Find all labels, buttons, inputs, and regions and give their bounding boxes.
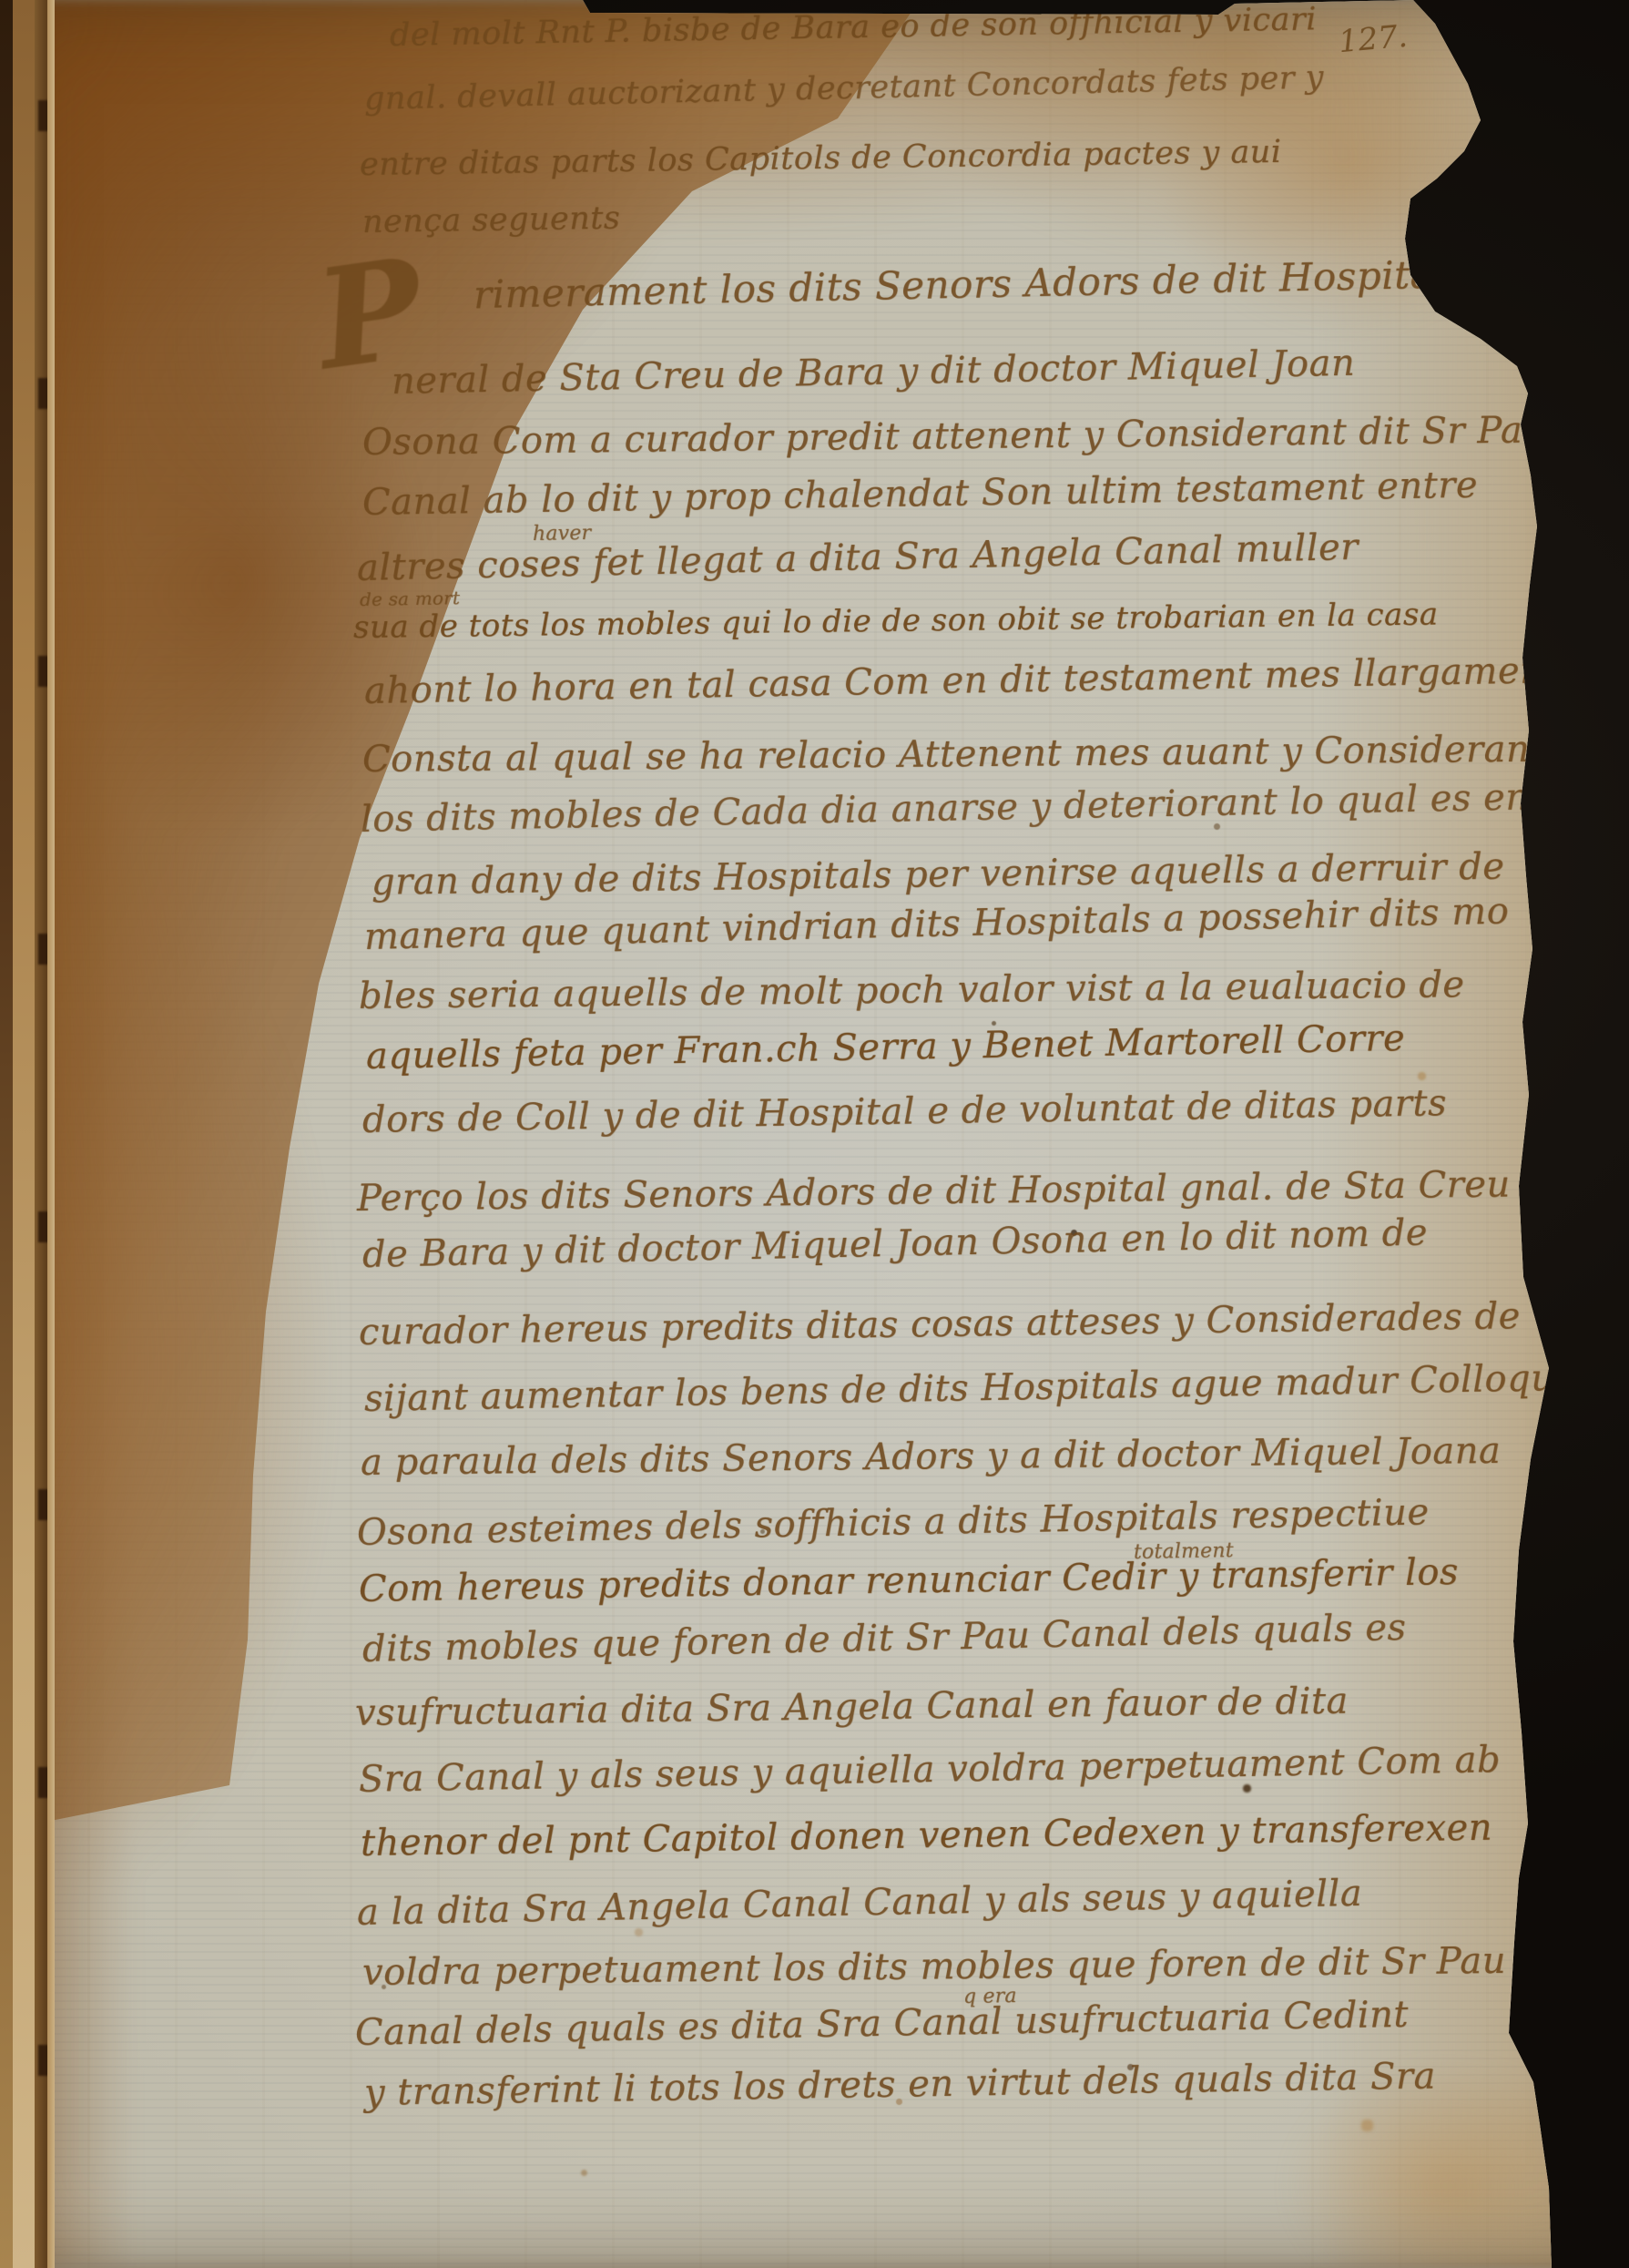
text-line: dors de Coll y de dit Hospital e de volu… <box>362 1085 1448 1139</box>
text-line: altres coses fet llegat a dita Sra Angel… <box>357 529 1359 587</box>
text-line: Osona esteimes dels soffhicis a dits Hos… <box>357 1494 1430 1551</box>
text-line: bles seria aquells de molt poch valor vi… <box>359 966 1465 1015</box>
text-line: Canal dels quals es dita Sra Canal usufr… <box>355 1997 1410 2051</box>
text-line: voldra perpetuament los dits mobles que … <box>362 1943 1506 1991</box>
text-line: gnal. devall auctorizant y decretant Con… <box>364 62 1325 116</box>
text-line: sua de tots los mobles qui lo die de son… <box>353 598 1439 643</box>
text-line: Canal ab lo dit y prop chalendat Son ult… <box>362 467 1479 521</box>
text-line: manera que quant vindrian dits Hospitals… <box>364 893 1510 955</box>
text-line: entre ditas parts los Capitols de Concor… <box>360 137 1282 181</box>
text-line: Osona Com a curador predit attenent y Co… <box>362 412 1547 461</box>
manuscript-photo: 127. del molt Rnt P. bisbe de Bara eo de… <box>0 0 1629 2268</box>
text-line: del molt Rnt P. bisbe de Bara eo de son … <box>390 4 1318 52</box>
manuscript-page: 127. del molt Rnt P. bisbe de Bara eo de… <box>0 0 1629 2268</box>
text-line: gran dany de dits Hospitals per venirse … <box>372 849 1505 901</box>
text-line: rimerament los dits Senors Adors de dit … <box>473 254 1513 314</box>
text-line: curador hereus predits ditas cosas attes… <box>359 1298 1521 1351</box>
text-line: Com hereus predits donar renunciar Cedir… <box>359 1554 1460 1608</box>
text-line: aquells feta per Fran.ch Serra y Benet M… <box>366 1020 1406 1075</box>
text-line: dits mobles que foren de dit Sr Pau Cana… <box>362 1609 1407 1668</box>
text-line: Perço los dits Senors Adors de dit Hospi… <box>357 1167 1511 1217</box>
text-line: sijant aumentar los bens de dits Hospita… <box>364 1360 1567 1417</box>
text-layer: del molt Rnt P. bisbe de Bara eo de son … <box>0 0 1629 2268</box>
text-line: Sra Canal y als seus y aquiella voldra p… <box>359 1742 1502 1798</box>
text-line: vsufructuaria dita Sra Angela Canal en f… <box>355 1683 1349 1732</box>
text-line: ahont lo hora en tal casa Com en dit tes… <box>364 652 1560 710</box>
text-line: thenor del pnt Capitol donen venen Cedex… <box>361 1810 1493 1862</box>
text-line: los dits mobles de Cada dia anarse y det… <box>361 779 1530 838</box>
text-line: a paraula dels dits Senors Adors y a dit… <box>361 1433 1502 1481</box>
text-line: de Bara y dit doctor Miquel Joan Osona e… <box>362 1214 1429 1272</box>
interlinear-word: haver <box>533 524 592 545</box>
text-line: y transferint li tots los drets en virtu… <box>364 2059 1436 2111</box>
text-line: Consta al qual se ha relacio Attenent me… <box>362 731 1545 778</box>
interlinear-word: de sa mort <box>360 588 460 608</box>
text-line: a la dita Sra Angela Canal Canal y als s… <box>357 1875 1363 1931</box>
text-line: neral de Sta Creu de Bara y dit doctor M… <box>392 345 1356 400</box>
